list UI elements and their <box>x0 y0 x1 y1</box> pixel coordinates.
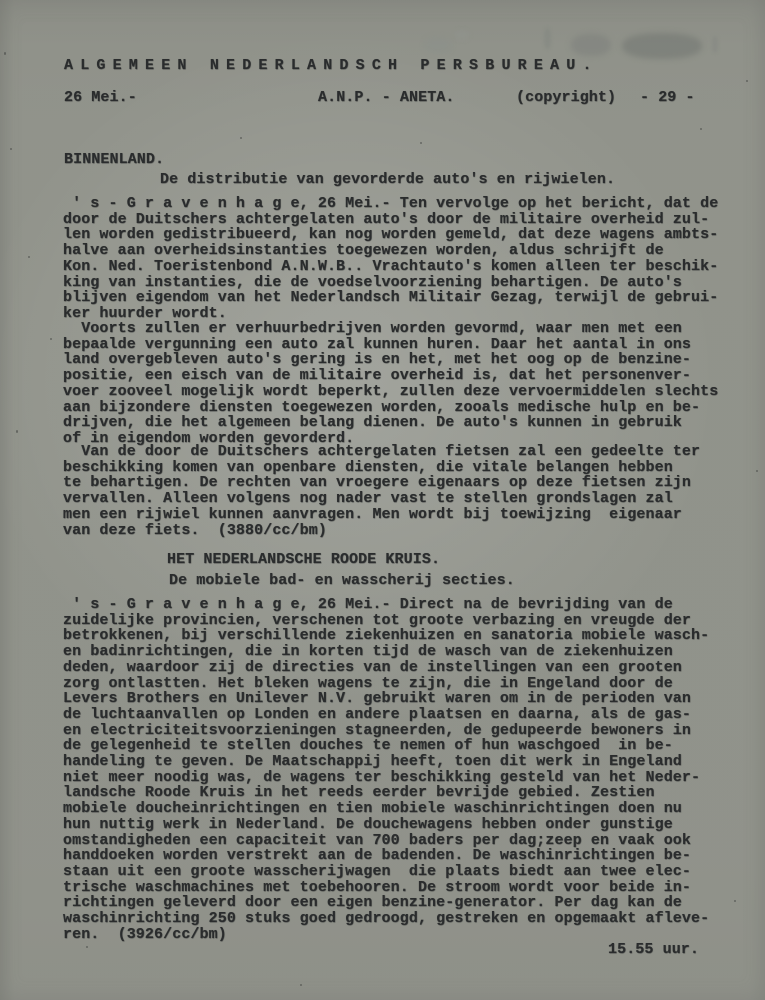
ink-smudge <box>712 36 718 53</box>
press-bulletin-page: ALGEMEEN NEDERLANDSCH PERSBUREAU. 26 Mei… <box>0 0 765 1000</box>
paper-speck <box>86 946 88 948</box>
copyright-notice: (copyright) <box>516 90 616 106</box>
paper-speck <box>420 142 422 144</box>
ink-smudge <box>622 33 702 59</box>
paper-speck <box>756 470 758 472</box>
ink-smudge <box>544 28 551 49</box>
article-title-bad-wasscherij: De mobiele bad- en wasscherij secties. <box>169 573 515 589</box>
paragraph: Voorts zullen er verhuurbedrijven worden… <box>63 321 718 447</box>
ink-smudge <box>455 30 469 40</box>
timestamp: 15.55 uur. <box>608 942 699 958</box>
paper-speck <box>746 80 748 82</box>
paper-speck <box>734 900 736 902</box>
article-title-distributie: De distributie van gevorderde auto's en … <box>160 172 615 188</box>
paragraph: ' s - G r a v e n h a g e, 26 Mei.- Dire… <box>63 597 709 942</box>
paper-speck <box>10 148 12 150</box>
ink-smudge <box>424 36 452 54</box>
ink-smudge <box>571 34 611 56</box>
paper-speck <box>16 430 18 433</box>
paragraph: Van de door de Duitschers achtergelaten … <box>63 444 700 538</box>
dateline-date: 26 Mei.- <box>64 90 137 106</box>
paper-speck <box>300 984 302 986</box>
paper-speck <box>50 338 52 340</box>
agency-title: ALGEMEEN NEDERLANDSCH PERSBUREAU. <box>64 58 599 74</box>
paper-speck <box>240 137 242 139</box>
page-number: - 29 - <box>640 90 695 106</box>
paper-speck <box>700 128 702 130</box>
paper-speck <box>4 52 6 55</box>
section-label-roode-kruis: HET NEDERLANDSCHE ROODE KRUIS. <box>167 552 440 568</box>
section-label-binnenland: BINNENLAND. <box>64 152 164 168</box>
paper-speck <box>28 256 30 258</box>
paragraph: ' s - G r a v e n h a g e, 26 Mei.- Ten … <box>63 196 718 322</box>
wire-service-name: A.N.P. - ANETA. <box>318 90 455 106</box>
